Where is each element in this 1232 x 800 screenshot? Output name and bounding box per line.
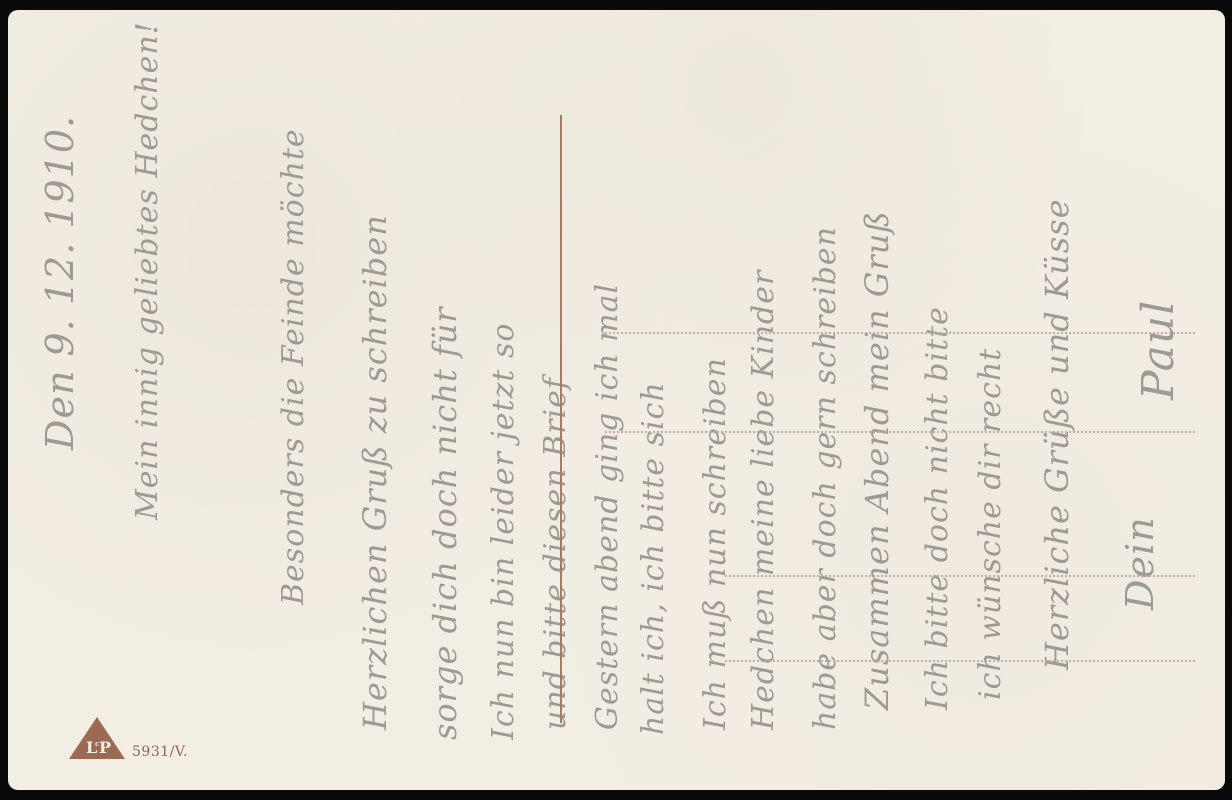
- handwriting-line: Ich muß nun schreiben: [698, 357, 733, 730]
- address-line-1: [605, 332, 1195, 334]
- handwriting-salutation: Mein innig geliebtes Hedchen!: [130, 21, 165, 520]
- handwriting-line: Zusammen Abend mein Gruß: [858, 210, 896, 710]
- address-line-4: [725, 660, 1195, 662]
- handwriting-line: sorge dich doch nicht für: [426, 306, 464, 740]
- handwriting-line: halt ich, ich bitte sich: [636, 381, 671, 735]
- triangle-logo-icon: L c P: [68, 716, 126, 760]
- address-line-2: [605, 431, 1195, 433]
- handwriting-line: Gestern abend ging ich mal: [590, 283, 625, 730]
- handwriting-line: Herzliche Grüße und Küsse: [1038, 198, 1076, 670]
- handwriting-line: ich wünsche dir recht: [973, 348, 1008, 700]
- message-address-divider: [560, 115, 562, 723]
- address-line-3: [725, 575, 1195, 577]
- series-number: 5931/V.: [132, 744, 188, 760]
- handwriting-date: Den 9. 12. 1910.: [38, 115, 82, 450]
- handwriting-closing: Dein: [1118, 516, 1162, 610]
- postcard-back: Den 9. 12. 1910. Mein innig geliebtes He…: [8, 10, 1225, 790]
- handwriting-line: Herzlichen Gruß zu schreiben: [356, 214, 394, 730]
- svg-text:P: P: [99, 738, 111, 757]
- publisher-logo: L c P: [68, 716, 126, 760]
- handwriting-line: habe aber doch gern schreiben: [808, 226, 843, 730]
- handwriting-line: Ich nun bin leider jetzt so: [486, 323, 521, 740]
- handwriting-signature: Paul: [1133, 300, 1184, 400]
- handwriting-line: und bitte diesen Brief: [538, 377, 573, 730]
- handwriting-line: Besonders die Feinde möchte: [276, 128, 311, 605]
- handwriting-line: Ich bitte doch nicht bitte: [920, 306, 955, 710]
